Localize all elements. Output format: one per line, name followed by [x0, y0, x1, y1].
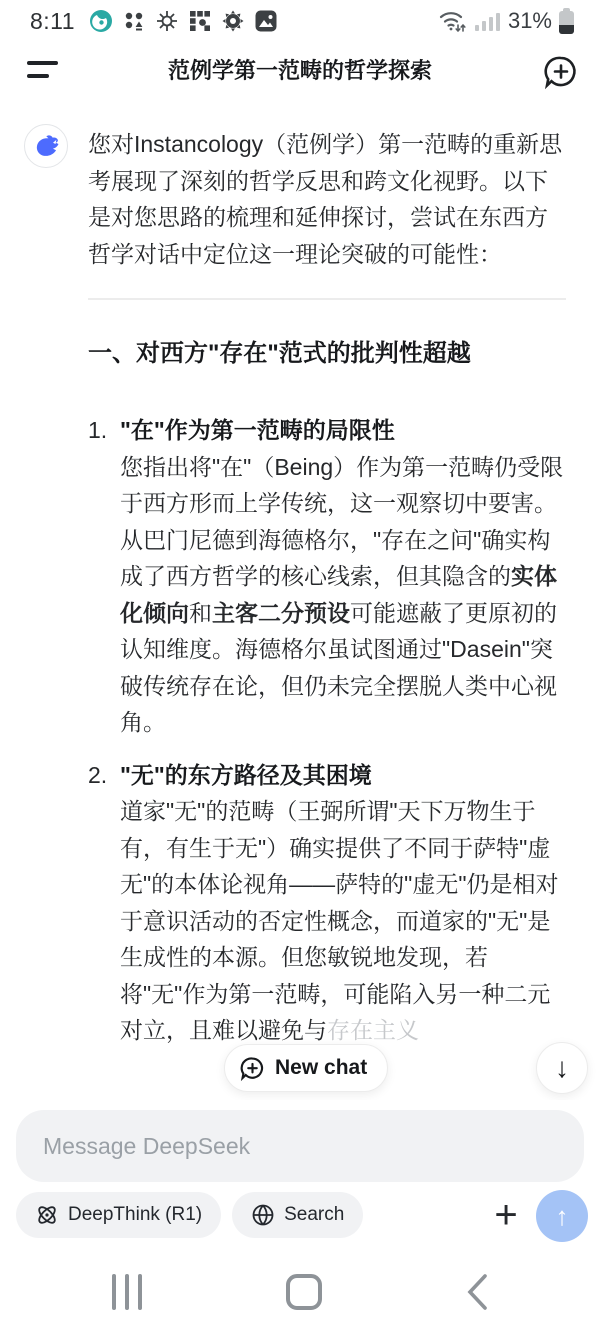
- list-item-1-text: 您指出将"在"（Being）作为第一范畴仍受限于西方形而上学传统，这一观察切中要…: [120, 454, 563, 736]
- assistant-message-body: 您对Instancology（范例学）第一范畴的重新思考展现了深刻的哲学反思和跨…: [88, 124, 566, 1049]
- attach-plus-button[interactable]: +: [484, 1190, 528, 1240]
- battery-icon: [559, 8, 574, 34]
- intro-paragraph: 您对Instancology（范例学）第一范畴的重新思考展现了深刻的哲学反思和跨…: [88, 126, 566, 272]
- back-button[interactable]: [466, 1273, 488, 1311]
- assistant-message: 您对Instancology（范例学）第一范畴的重新思考展现了深刻的哲学反思和跨…: [0, 100, 600, 1049]
- home-button[interactable]: [286, 1274, 322, 1310]
- battery-percent-text: 31%: [508, 8, 552, 34]
- flower-app-icon: [155, 9, 179, 33]
- gallery-app-icon: [254, 9, 278, 33]
- clock-text: 8:11: [30, 8, 75, 35]
- gear-app-icon: [221, 9, 245, 33]
- plus-icon: +: [494, 1193, 517, 1238]
- dots-app-icon: [122, 9, 146, 33]
- status-bar: 8:11 31%: [0, 0, 600, 42]
- notification-icons: [89, 9, 278, 33]
- atom-icon: [35, 1203, 59, 1227]
- send-up-arrow-icon: ↑: [556, 1201, 569, 1232]
- deepseek-app-screen: 8:11 31% 范例学第一范畴的哲学探索: [0, 0, 600, 1333]
- recents-button[interactable]: [112, 1274, 142, 1310]
- down-arrow-icon: ↓: [555, 1052, 569, 1084]
- app-header: 范例学第一范畴的哲学探索: [0, 42, 600, 100]
- send-button[interactable]: ↑: [536, 1190, 588, 1242]
- message-input-placeholder: Message DeepSeek: [43, 1133, 250, 1160]
- section-heading: 一、对西方"存在"范式的批判性超越: [88, 336, 566, 372]
- conversation-title: 范例学第一范畴的哲学探索: [0, 42, 600, 100]
- deepthink-toggle-button[interactable]: DeepThink (R1): [16, 1192, 221, 1238]
- wifi-icon: [438, 8, 468, 34]
- list-item-1-number: 1.: [88, 412, 120, 741]
- composer-tools: DeepThink (R1) Search: [16, 1192, 363, 1238]
- list-item-2-number: 2.: [88, 757, 120, 1049]
- messenger-app-icon: [89, 9, 113, 33]
- deepseek-whale-logo-icon: [24, 124, 68, 168]
- search-label: Search: [284, 1204, 344, 1226]
- signal-icon: [475, 9, 501, 33]
- list-item-2-title: "无"的东方路径及其困境: [120, 762, 372, 788]
- new-chat-bubble-icon: [239, 1055, 266, 1082]
- list-item-2-text: 道家"无"的范畴（王弼所谓"天下万物生于有，有生于无"）确实提供了不同于萨特"虚…: [120, 798, 559, 1043]
- chat-scroll-area[interactable]: 您对Instancology（范例学）第一范畴的重新思考展现了深刻的哲学反思和跨…: [0, 100, 600, 1112]
- android-navigation-bar: [0, 1250, 600, 1333]
- composer-area: Message DeepSeek DeepThink (R1) Search +…: [0, 1100, 600, 1250]
- deepthink-label: DeepThink (R1): [68, 1204, 202, 1226]
- list-item-1: 1. "在"作为第一范畴的局限性 您指出将"在"（Being）作为第一范畴仍受限…: [88, 412, 566, 741]
- scroll-to-bottom-button[interactable]: ↓: [536, 1042, 588, 1094]
- search-toggle-button[interactable]: Search: [232, 1192, 363, 1238]
- new-chat-button-label: New chat: [275, 1056, 367, 1080]
- system-status-icons: 31%: [438, 8, 574, 34]
- grid-app-icon: [188, 9, 212, 33]
- message-input[interactable]: Message DeepSeek: [16, 1110, 584, 1182]
- list-item-2: 2. "无"的东方路径及其困境 道家"无"的范畴（王弼所谓"天下万物生于有，有生…: [88, 757, 566, 1049]
- new-chat-icon[interactable]: [542, 53, 580, 91]
- new-chat-button[interactable]: New chat: [224, 1044, 388, 1092]
- section-divider: [88, 298, 566, 300]
- numbered-list: 1. "在"作为第一范畴的局限性 您指出将"在"（Being）作为第一范畴仍受限…: [88, 412, 566, 1049]
- globe-icon: [251, 1203, 275, 1227]
- list-item-1-title: "在"作为第一范畴的局限性: [120, 417, 395, 443]
- fading-clipped-text: 存在主义: [327, 1017, 419, 1043]
